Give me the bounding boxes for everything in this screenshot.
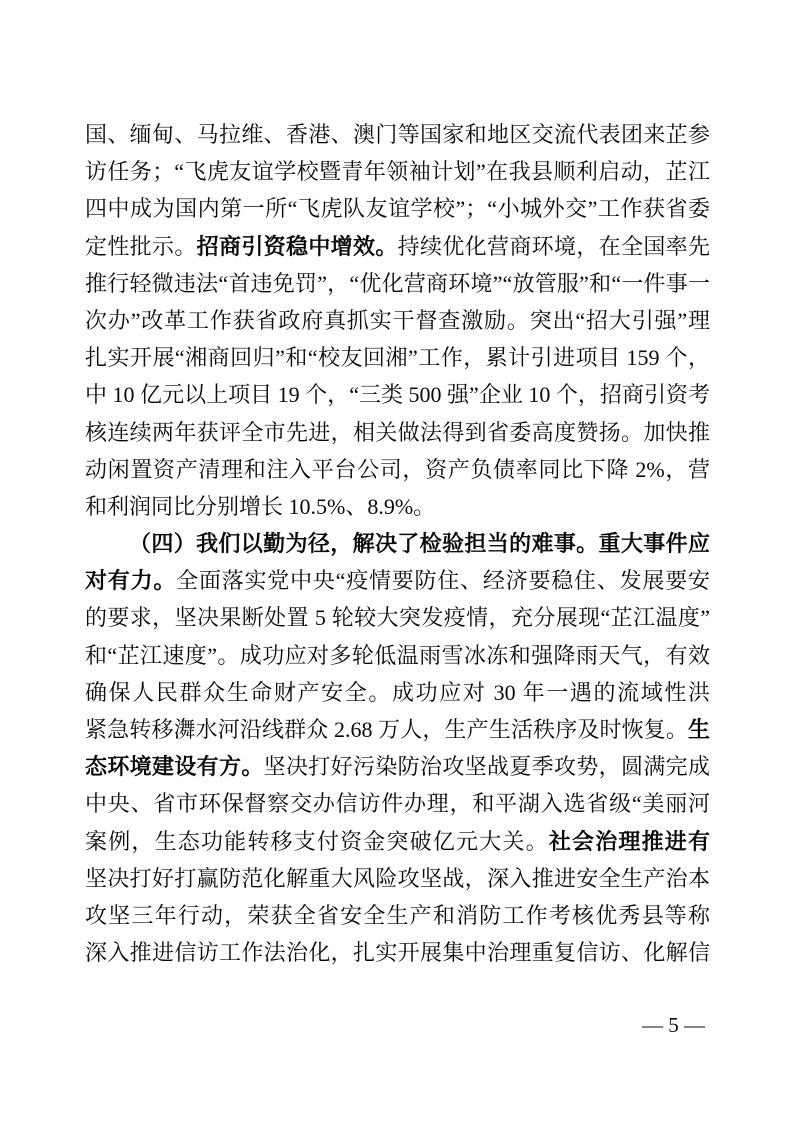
emphasis-bold-text: 对有力。 (85, 568, 176, 593)
emphasis-bold-text: 生 (688, 717, 710, 742)
body-text: 扎实开展“湘商回归”和“校友回湘”工作，累计引进项目 159 个，其 (85, 345, 710, 376)
text-line: （四）我们以勤为径，解决了检验担当的难事。重大事件应 (85, 525, 710, 562)
text-line: 中央、省市环保督察交办信访件办理，和平湖入选省级“美丽河湖” (85, 785, 710, 822)
text-line: 和“芷江速度”。成功应对多轮低温雨雪冰冻和强降雨天气，有效 (85, 637, 710, 674)
body-text: 的要求，坚决果断处置 5 轮较大突发疫情，充分展现“芷江温度” (85, 605, 710, 630)
body-text: 和“芷江速度”。成功应对多轮低温雨雪冰冻和强降雨天气，有效 (85, 643, 710, 668)
body-text: 国、缅甸、马拉维、香港、澳门等国家和地区交流代表团来芷参 (85, 122, 710, 147)
text-line: 坚决打好打赢防范化解重大风险攻坚战，深入推进安全生产治本 (85, 860, 710, 897)
text-line: 和利润同比分别增长 10.5%、8.9%。 (85, 488, 710, 525)
body-text: 深入推进信访工作法治化，扎实开展集中治理重复信访、化解信 (85, 940, 710, 965)
body-text: 全面落实党中央“疫情要防住、经济要稳住、发展要安全” (85, 568, 710, 599)
body-text: 四中成为国内第一所“飞虎队友谊学校”；“小城外交”工作获省委肯 (85, 196, 710, 227)
body-text: 动闲置资产清理和注入平台公司，资产负债率同比下降 2%，营收 (85, 457, 710, 488)
text-line: 紧急转移㵲水河沿线群众 2.68 万人，生产生活秩序及时恢复。生 (85, 711, 710, 748)
text-line: 对有力。全面落实党中央“疫情要防住、经济要稳住、发展要安全” (85, 562, 710, 599)
body-text: 确保人民群众生命财产安全。成功应对 30 年一遇的流域性洪水， (85, 680, 710, 711)
text-line: 国、缅甸、马拉维、香港、澳门等国家和地区交流代表团来芷参 (85, 116, 710, 153)
text-line: 的要求，坚决果断处置 5 轮较大突发疫情，充分展现“芷江温度” (85, 599, 710, 636)
text-line: 攻坚三年行动，荣获全省安全生产和消防工作考核优秀县等称号。 (85, 897, 710, 934)
body-text: 推行轻微违法“首违免罚”，“优化营商环境”“放管服”和“一件事一 (85, 271, 710, 296)
document-page: 国、缅甸、马拉维、香港、澳门等国家和地区交流代表团来芷参访任务；“飞虎友谊学校暨… (0, 0, 793, 1122)
text-line: 定性批示。招商引资稳中增效。持续优化营商环境，在全国率先 (85, 228, 710, 265)
text-line: 扎实开展“湘商回归”和“校友回湘”工作，累计引进项目 159 个，其 (85, 339, 710, 376)
body-text: 案例，生态功能转移支付资金突破亿元大关。 (85, 829, 549, 854)
body-text: 坚决打好打赢防范化解重大风险攻坚战，深入推进安全生产治本 (85, 866, 710, 891)
document-body: 国、缅甸、马拉维、香港、澳门等国家和地区交流代表团来芷参访任务；“飞虎友谊学校暨… (85, 116, 710, 971)
text-line: 访任务；“飞虎友谊学校暨青年领袖计划”在我县顺利启动，芷江 (85, 153, 710, 190)
text-line: 中 10 亿元以上项目 19 个，“三类 500 强”企业 10 个，招商引资考 (85, 376, 710, 413)
body-text: 访任务；“飞虎友谊学校暨青年领袖计划”在我县顺利启动，芷江 (85, 159, 710, 184)
body-text: 定性批示。 (85, 234, 197, 259)
body-text: 紧急转移㵲水河沿线群众 2.68 万人，生产生活秩序及时恢复。 (85, 717, 688, 742)
text-line: 确保人民群众生命财产安全。成功应对 30 年一遇的流域性洪水， (85, 674, 710, 711)
text-line: 四中成为国内第一所“飞虎队友谊学校”；“小城外交”工作获省委肯 (85, 190, 710, 227)
text-line: 核连续两年获评全市先进，相关做法得到省委高度赞扬。加快推 (85, 414, 710, 451)
body-text: 攻坚三年行动，荣获全省安全生产和消防工作考核优秀县等称号。 (85, 903, 710, 934)
text-line: 态环境建设有方。坚决打好污染防治攻坚战夏季攻势，圆满完成 (85, 748, 710, 785)
body-text: 中央、省市环保督察交办信访件办理，和平湖入选省级“美丽河湖” (85, 791, 710, 822)
body-text: 核连续两年获评全市先进，相关做法得到省委高度赞扬。加快推 (85, 420, 710, 445)
text-line: 次办”改革工作获省政府真抓实干督查激励。突出“招大引强”理念， (85, 302, 710, 339)
emphasis-bold-text: 态环境建设有方。 (85, 754, 264, 779)
body-text: 坚决打好污染防治攻坚战夏季攻势，圆满完成 (264, 754, 710, 779)
text-line: 推行轻微违法“首违免罚”，“优化营商环境”“放管服”和“一件事一 (85, 265, 710, 302)
emphasis-bold-text: 招商引资稳中增效。 (197, 234, 398, 259)
body-text: 次办”改革工作获省政府真抓实干督查激励。突出“招大引强”理念， (85, 308, 710, 339)
body-text: 中 10 亿元以上项目 19 个，“三类 500 强”企业 10 个，招商引资考 (85, 382, 710, 407)
text-line: 动闲置资产清理和注入平台公司，资产负债率同比下降 2%，营收 (85, 451, 710, 488)
page-number: — 5 — (642, 1012, 705, 1038)
body-text: 和利润同比分别增长 10.5%、8.9%。 (85, 494, 435, 519)
body-text: 持续优化营商环境，在全国率先 (398, 234, 710, 259)
emphasis-bold-text: 重大事件应 (599, 531, 710, 556)
text-line: 案例，生态功能转移支付资金突破亿元大关。社会治理推进有为。 (85, 823, 710, 860)
heading-bold-text: （四）我们以勤为径，解决了检验担当的难事。 (129, 531, 599, 556)
text-line: 深入推进信访工作法治化，扎实开展集中治理重复信访、化解信 (85, 934, 710, 971)
